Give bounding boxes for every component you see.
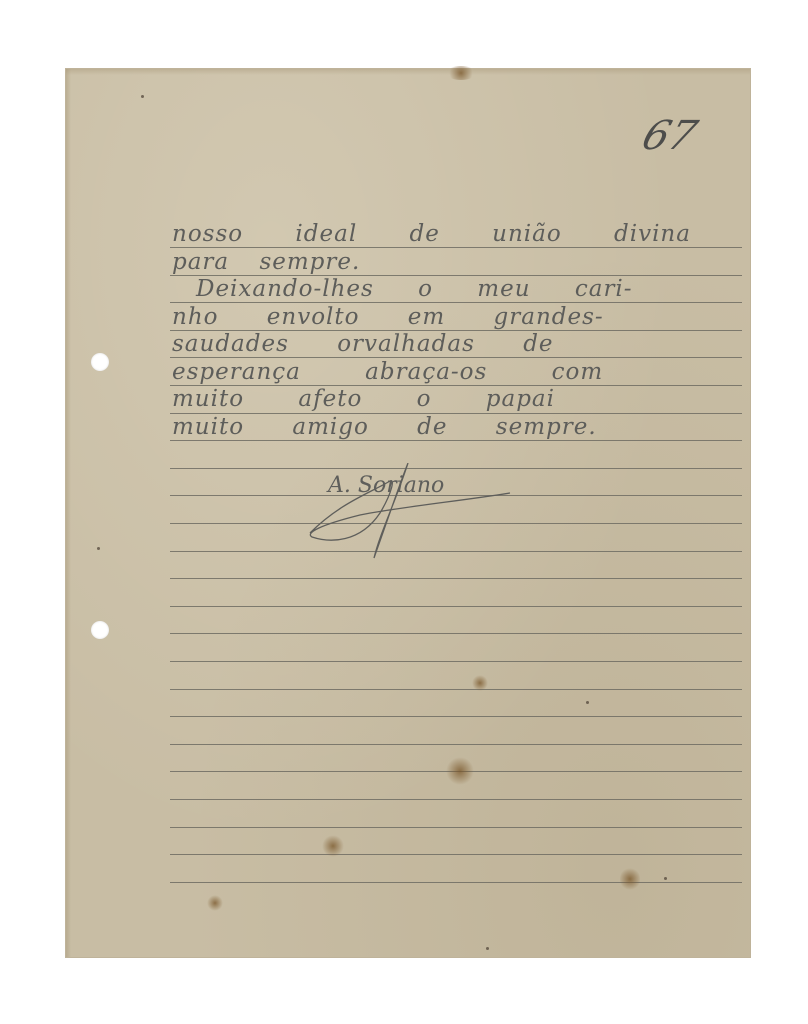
handwritten-line-7: muito afeto o papai [172, 386, 742, 412]
punch-hole-bottom [91, 621, 109, 639]
speck [141, 95, 144, 98]
signature: A. Soriano [328, 473, 444, 498]
ruled-line [170, 633, 742, 634]
letter-page: 67 nosso ideal de união divina para semp… [66, 69, 750, 957]
ruled-line [170, 661, 742, 662]
handwritten-line-3: Deixando-lhes o meu cari- [196, 276, 742, 302]
ruled-line [170, 440, 742, 441]
stain [446, 757, 474, 785]
handwritten-line-2: para sempre. [172, 249, 742, 275]
punch-hole-top [91, 353, 109, 371]
stain [446, 66, 476, 80]
handwritten-line-6: esperança abraça-os com [172, 359, 742, 385]
ruled-line [170, 854, 742, 855]
handwritten-line-4: nho envolto em grandes- [172, 304, 742, 330]
speck [97, 547, 100, 550]
ruled-line [170, 247, 742, 248]
ruled-line [170, 606, 742, 607]
ruled-line [170, 578, 742, 579]
handwritten-line-8: muito amigo de sempre. [172, 414, 742, 440]
ruled-line [170, 882, 742, 883]
stain [472, 675, 488, 691]
ruled-line [170, 716, 742, 717]
speck [486, 947, 489, 950]
stain [207, 895, 223, 911]
handwritten-line-1: nosso ideal de união divina [172, 221, 742, 247]
speck [664, 877, 667, 880]
speck [586, 701, 589, 704]
handwritten-line-5: saudades orvalhadas de [172, 331, 742, 357]
stain [322, 835, 344, 857]
ruled-line [170, 827, 742, 828]
ruled-line [170, 689, 742, 690]
page-number: 67 [637, 113, 703, 159]
ruled-line [170, 744, 742, 745]
stain [620, 867, 640, 891]
ruled-line [170, 799, 742, 800]
